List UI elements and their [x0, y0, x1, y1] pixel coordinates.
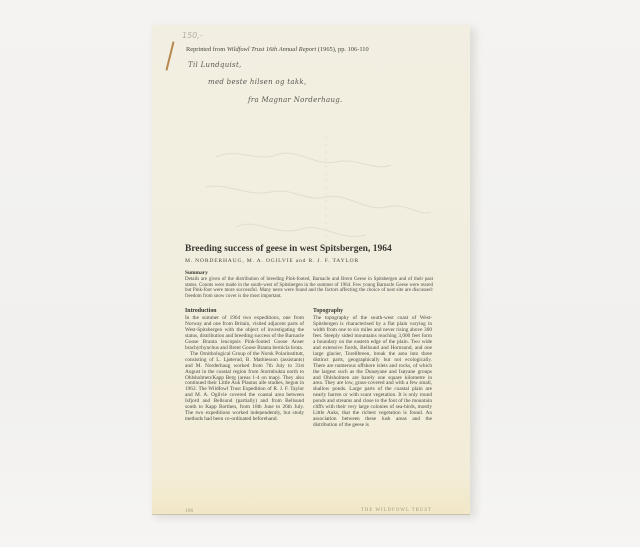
introduction-paragraph-1: In the summer of 1964 two expeditions, o… — [185, 316, 304, 352]
page-bottom-edge — [152, 514, 470, 515]
paper-tint — [152, 475, 470, 515]
summary-heading: Summary — [185, 270, 208, 276]
inscription-signature: fra Magnar Norderhaug. — [248, 96, 343, 104]
reprint-suffix: (1965), pp. 106-110 — [316, 46, 368, 53]
article-title: Breeding success of geese in west Spitsb… — [185, 244, 392, 254]
introduction-paragraph-2: The Ornithological Group of the Norsk Po… — [185, 352, 304, 423]
reprint-prefix: Reprinted from — [186, 46, 227, 53]
article-authors: M. NORDERHAUG, M. A. OGILVIE and R. J. F… — [185, 258, 359, 264]
topography-column: Topography The topography of the south-w… — [313, 308, 432, 429]
summary-text: Details are given of the distribution of… — [185, 277, 433, 299]
inscription-line-1: Til Lundquist, — [188, 61, 242, 69]
pencil-mark — [165, 41, 174, 71]
topography-heading: Topography — [313, 308, 432, 314]
introduction-heading: Introduction — [185, 308, 304, 314]
reprint-journal: Wildfowl Trust 16th Annual Report — [227, 46, 316, 53]
reprint-page: 150,- Reprinted from Wildfowl Trust 16th… — [152, 25, 470, 515]
introduction-column: Introduction In the summer of 1964 two e… — [185, 308, 304, 423]
reprint-line: Reprinted from Wildfowl Trust 16th Annua… — [186, 46, 369, 53]
inscription-line-2: med beste hilsen og takk, — [208, 78, 306, 86]
pencil-price-note: 150,- — [182, 31, 203, 40]
topography-paragraph-1: The topography of the south-west coast o… — [313, 316, 432, 429]
